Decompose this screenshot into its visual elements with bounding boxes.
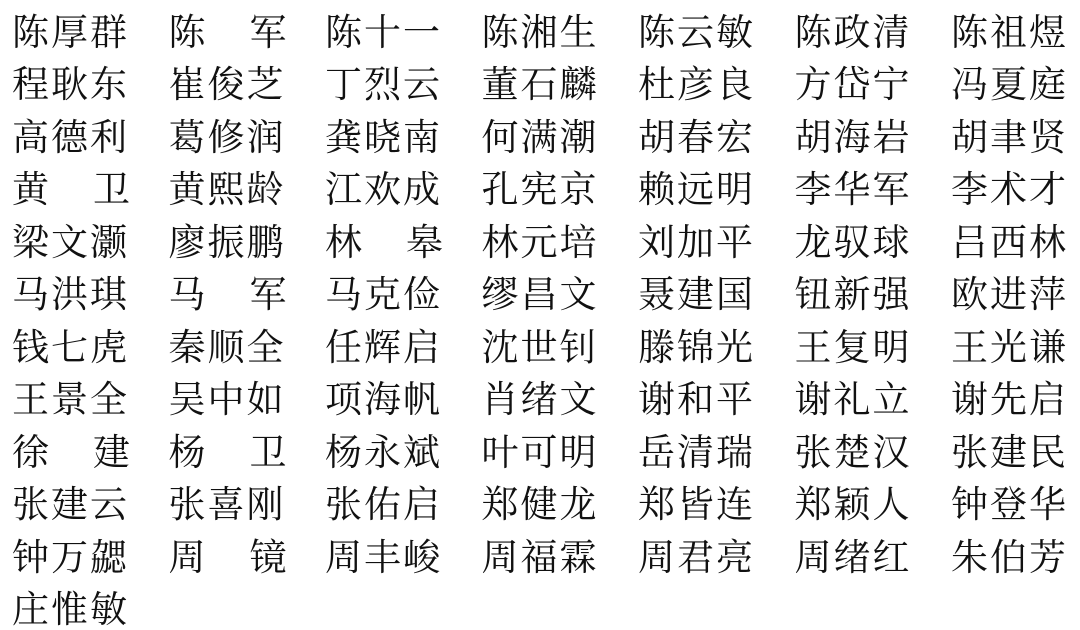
name-entry: 高德利 — [12, 111, 130, 164]
surname: 徐 — [12, 434, 49, 471]
name-entry: 聂建国 — [638, 269, 756, 322]
name-entry: 孔宪京 — [482, 164, 600, 217]
name-entry: 李术才 — [951, 164, 1069, 217]
name-entry: 滕锦光 — [638, 321, 756, 374]
name-entry: 龚晓南 — [325, 111, 443, 164]
name-entry: 方岱宁 — [795, 59, 913, 112]
given-name: 卫 — [93, 171, 130, 208]
name-entry: 岳清瑞 — [638, 426, 756, 479]
name-entry: 黄卫 — [12, 164, 130, 217]
name-entry: 钱七虎 — [12, 321, 130, 374]
name-entry: 马军 — [169, 269, 287, 322]
name-entry: 赖远明 — [638, 164, 756, 217]
name-entry: 郑健龙 — [482, 479, 600, 532]
name-entry: 钟登华 — [951, 479, 1069, 532]
name-entry: 张建民 — [951, 426, 1069, 479]
name-entry: 程耿东 — [12, 59, 130, 112]
surname: 杨 — [169, 434, 206, 471]
name-entry: 陈祖煜 — [951, 6, 1069, 59]
name-entry: 谢和平 — [638, 374, 756, 427]
name-entry: 周丰峻 — [325, 531, 443, 584]
given-name: 军 — [250, 14, 287, 51]
name-entry: 梁文灏 — [12, 216, 130, 269]
name-entry: 马克俭 — [325, 269, 443, 322]
name-entry: 陈军 — [169, 6, 287, 59]
name-entry: 秦顺全 — [169, 321, 287, 374]
name-entry: 陈云敏 — [638, 6, 756, 59]
name-entry: 项海帆 — [325, 374, 443, 427]
name-entry: 江欢成 — [325, 164, 443, 217]
name-entry: 任辉启 — [325, 321, 443, 374]
surname: 周 — [169, 539, 206, 576]
name-entry: 陈十一 — [325, 6, 443, 59]
name-entry: 龙驭球 — [795, 216, 913, 269]
name-entry: 葛修润 — [169, 111, 287, 164]
name-entry: 钮新强 — [795, 269, 913, 322]
name-entry: 王景全 — [12, 374, 130, 427]
name-list-grid: 陈厚群陈军陈十一陈湘生陈云敏陈政清陈祖煜程耿东崔俊芝丁烈云董石麟杜彦良方岱宁冯夏… — [12, 6, 1080, 630]
name-entry: 林皋 — [325, 216, 443, 269]
name-entry: 张楚汉 — [795, 426, 913, 479]
name-entry: 张佑启 — [325, 479, 443, 532]
name-entry: 周君亮 — [638, 531, 756, 584]
name-entry: 周镜 — [169, 531, 287, 584]
surname: 陈 — [169, 14, 206, 51]
name-entry: 张喜刚 — [169, 479, 287, 532]
name-entry: 廖振鹏 — [169, 216, 287, 269]
given-name: 建 — [93, 434, 130, 471]
given-name: 镜 — [250, 539, 287, 576]
name-entry: 刘加平 — [638, 216, 756, 269]
name-entry: 崔俊芝 — [169, 59, 287, 112]
name-entry: 杨卫 — [169, 426, 287, 479]
name-entry: 庄惟敏 — [12, 584, 130, 630]
surname: 马 — [169, 276, 206, 313]
name-entry: 沈世钊 — [482, 321, 600, 374]
name-entry: 谢礼立 — [795, 374, 913, 427]
name-entry: 陈厚群 — [12, 6, 130, 59]
name-entry: 陈政清 — [795, 6, 913, 59]
name-entry: 吕西林 — [951, 216, 1069, 269]
name-entry: 马洪琪 — [12, 269, 130, 322]
name-entry: 胡聿贤 — [951, 111, 1069, 164]
given-name: 皋 — [406, 224, 443, 261]
name-entry: 胡春宏 — [638, 111, 756, 164]
name-entry: 林元培 — [482, 216, 600, 269]
name-entry: 吴中如 — [169, 374, 287, 427]
name-entry: 肖绪文 — [482, 374, 600, 427]
name-entry: 谢先启 — [951, 374, 1069, 427]
name-entry: 陈湘生 — [482, 6, 600, 59]
given-name: 军 — [250, 276, 287, 313]
name-entry: 郑皆连 — [638, 479, 756, 532]
surname: 黄 — [12, 171, 49, 208]
name-entry: 周福霖 — [482, 531, 600, 584]
name-entry: 王光谦 — [951, 321, 1069, 374]
name-entry: 周绪红 — [795, 531, 913, 584]
name-entry: 杨永斌 — [325, 426, 443, 479]
given-name: 卫 — [250, 434, 287, 471]
name-entry: 张建云 — [12, 479, 130, 532]
name-entry: 徐建 — [12, 426, 130, 479]
name-entry: 丁烈云 — [325, 59, 443, 112]
name-entry: 黄熙龄 — [169, 164, 287, 217]
name-entry: 郑颖人 — [795, 479, 913, 532]
name-entry: 欧进萍 — [951, 269, 1069, 322]
name-entry: 杜彦良 — [638, 59, 756, 112]
name-entry: 缪昌文 — [482, 269, 600, 322]
name-entry: 朱伯芳 — [951, 531, 1069, 584]
name-entry: 何满潮 — [482, 111, 600, 164]
surname: 林 — [325, 224, 362, 261]
name-entry: 冯夏庭 — [951, 59, 1069, 112]
name-entry: 董石麟 — [482, 59, 600, 112]
name-entry: 李华军 — [795, 164, 913, 217]
name-entry: 王复明 — [795, 321, 913, 374]
name-entry: 钟万勰 — [12, 531, 130, 584]
name-entry: 胡海岩 — [795, 111, 913, 164]
name-entry: 叶可明 — [482, 426, 600, 479]
